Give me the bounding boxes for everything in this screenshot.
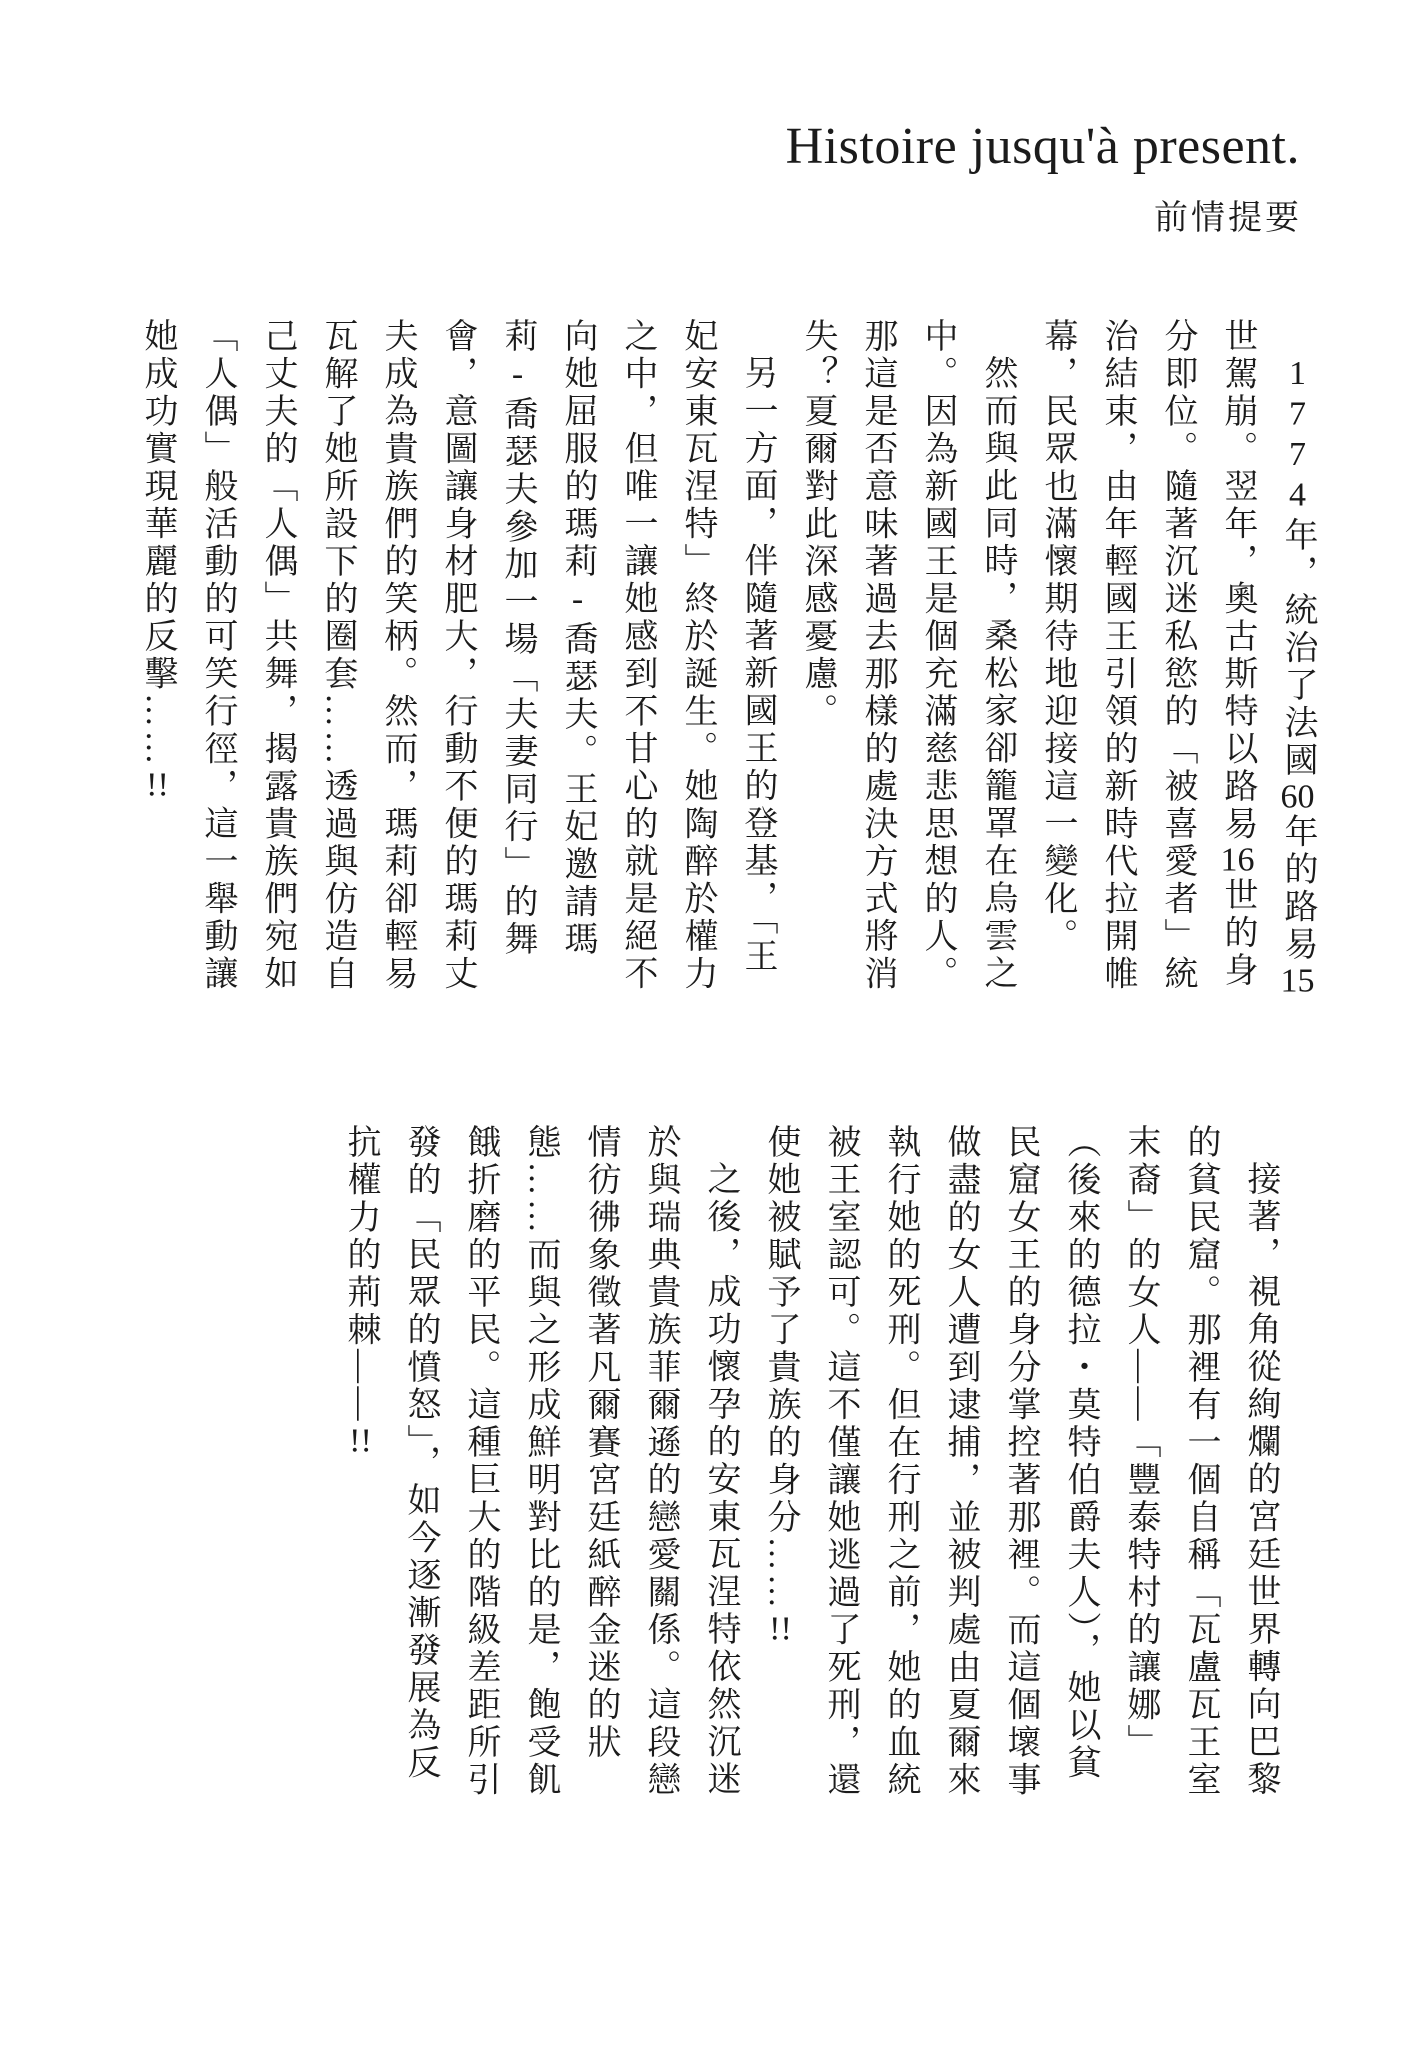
synopsis-paragraph-1: 1774年，統治了法國60年的路易15世駕崩。翌年，奧古斯特以路易16世的身分即… — [1027, 318, 1327, 1002]
page-title: Histoire jusqu'à present. — [786, 112, 1300, 182]
synopsis-lower-block: 接著，視角從絢爛的宮廷世界轉向巴黎的貧民窟。那裡有一個自稱「瓦盧瓦王室末裔」的女… — [330, 1124, 1290, 1808]
synopsis-upper-block: 1774年，統治了法國60年的路易15世駕崩。翌年，奧古斯特以路易16世的身分即… — [127, 318, 1327, 1002]
synopsis-paragraph-5: 之後，成功懷孕的安東瓦涅特依然沉迷於與瑞典貴族菲爾遜的戀愛關係。這段戀情彷彿象徵… — [330, 1124, 750, 1808]
synopsis-paragraph-4: 接著，視角從絢爛的宮廷世界轉向巴黎的貧民窟。那裡有一個自稱「瓦盧瓦王室末裔」的女… — [750, 1124, 1290, 1808]
synopsis-paragraph-2: 然而與此同時，桑松家卻籠罩在烏雲之中。因為新國王是個充滿慈悲思想的人。那這是否意… — [787, 318, 1027, 1002]
book-synopsis-page: Histoire jusqu'à present. 前情提要 1774年，統治了… — [0, 0, 1422, 2048]
synopsis-paragraph-3: 另一方面，伴隨著新國王的登基，「王妃安東瓦涅特」終於誕生。她陶醉於權力之中，但唯… — [127, 318, 787, 1002]
page-subtitle: 前情提要 — [1154, 197, 1302, 241]
